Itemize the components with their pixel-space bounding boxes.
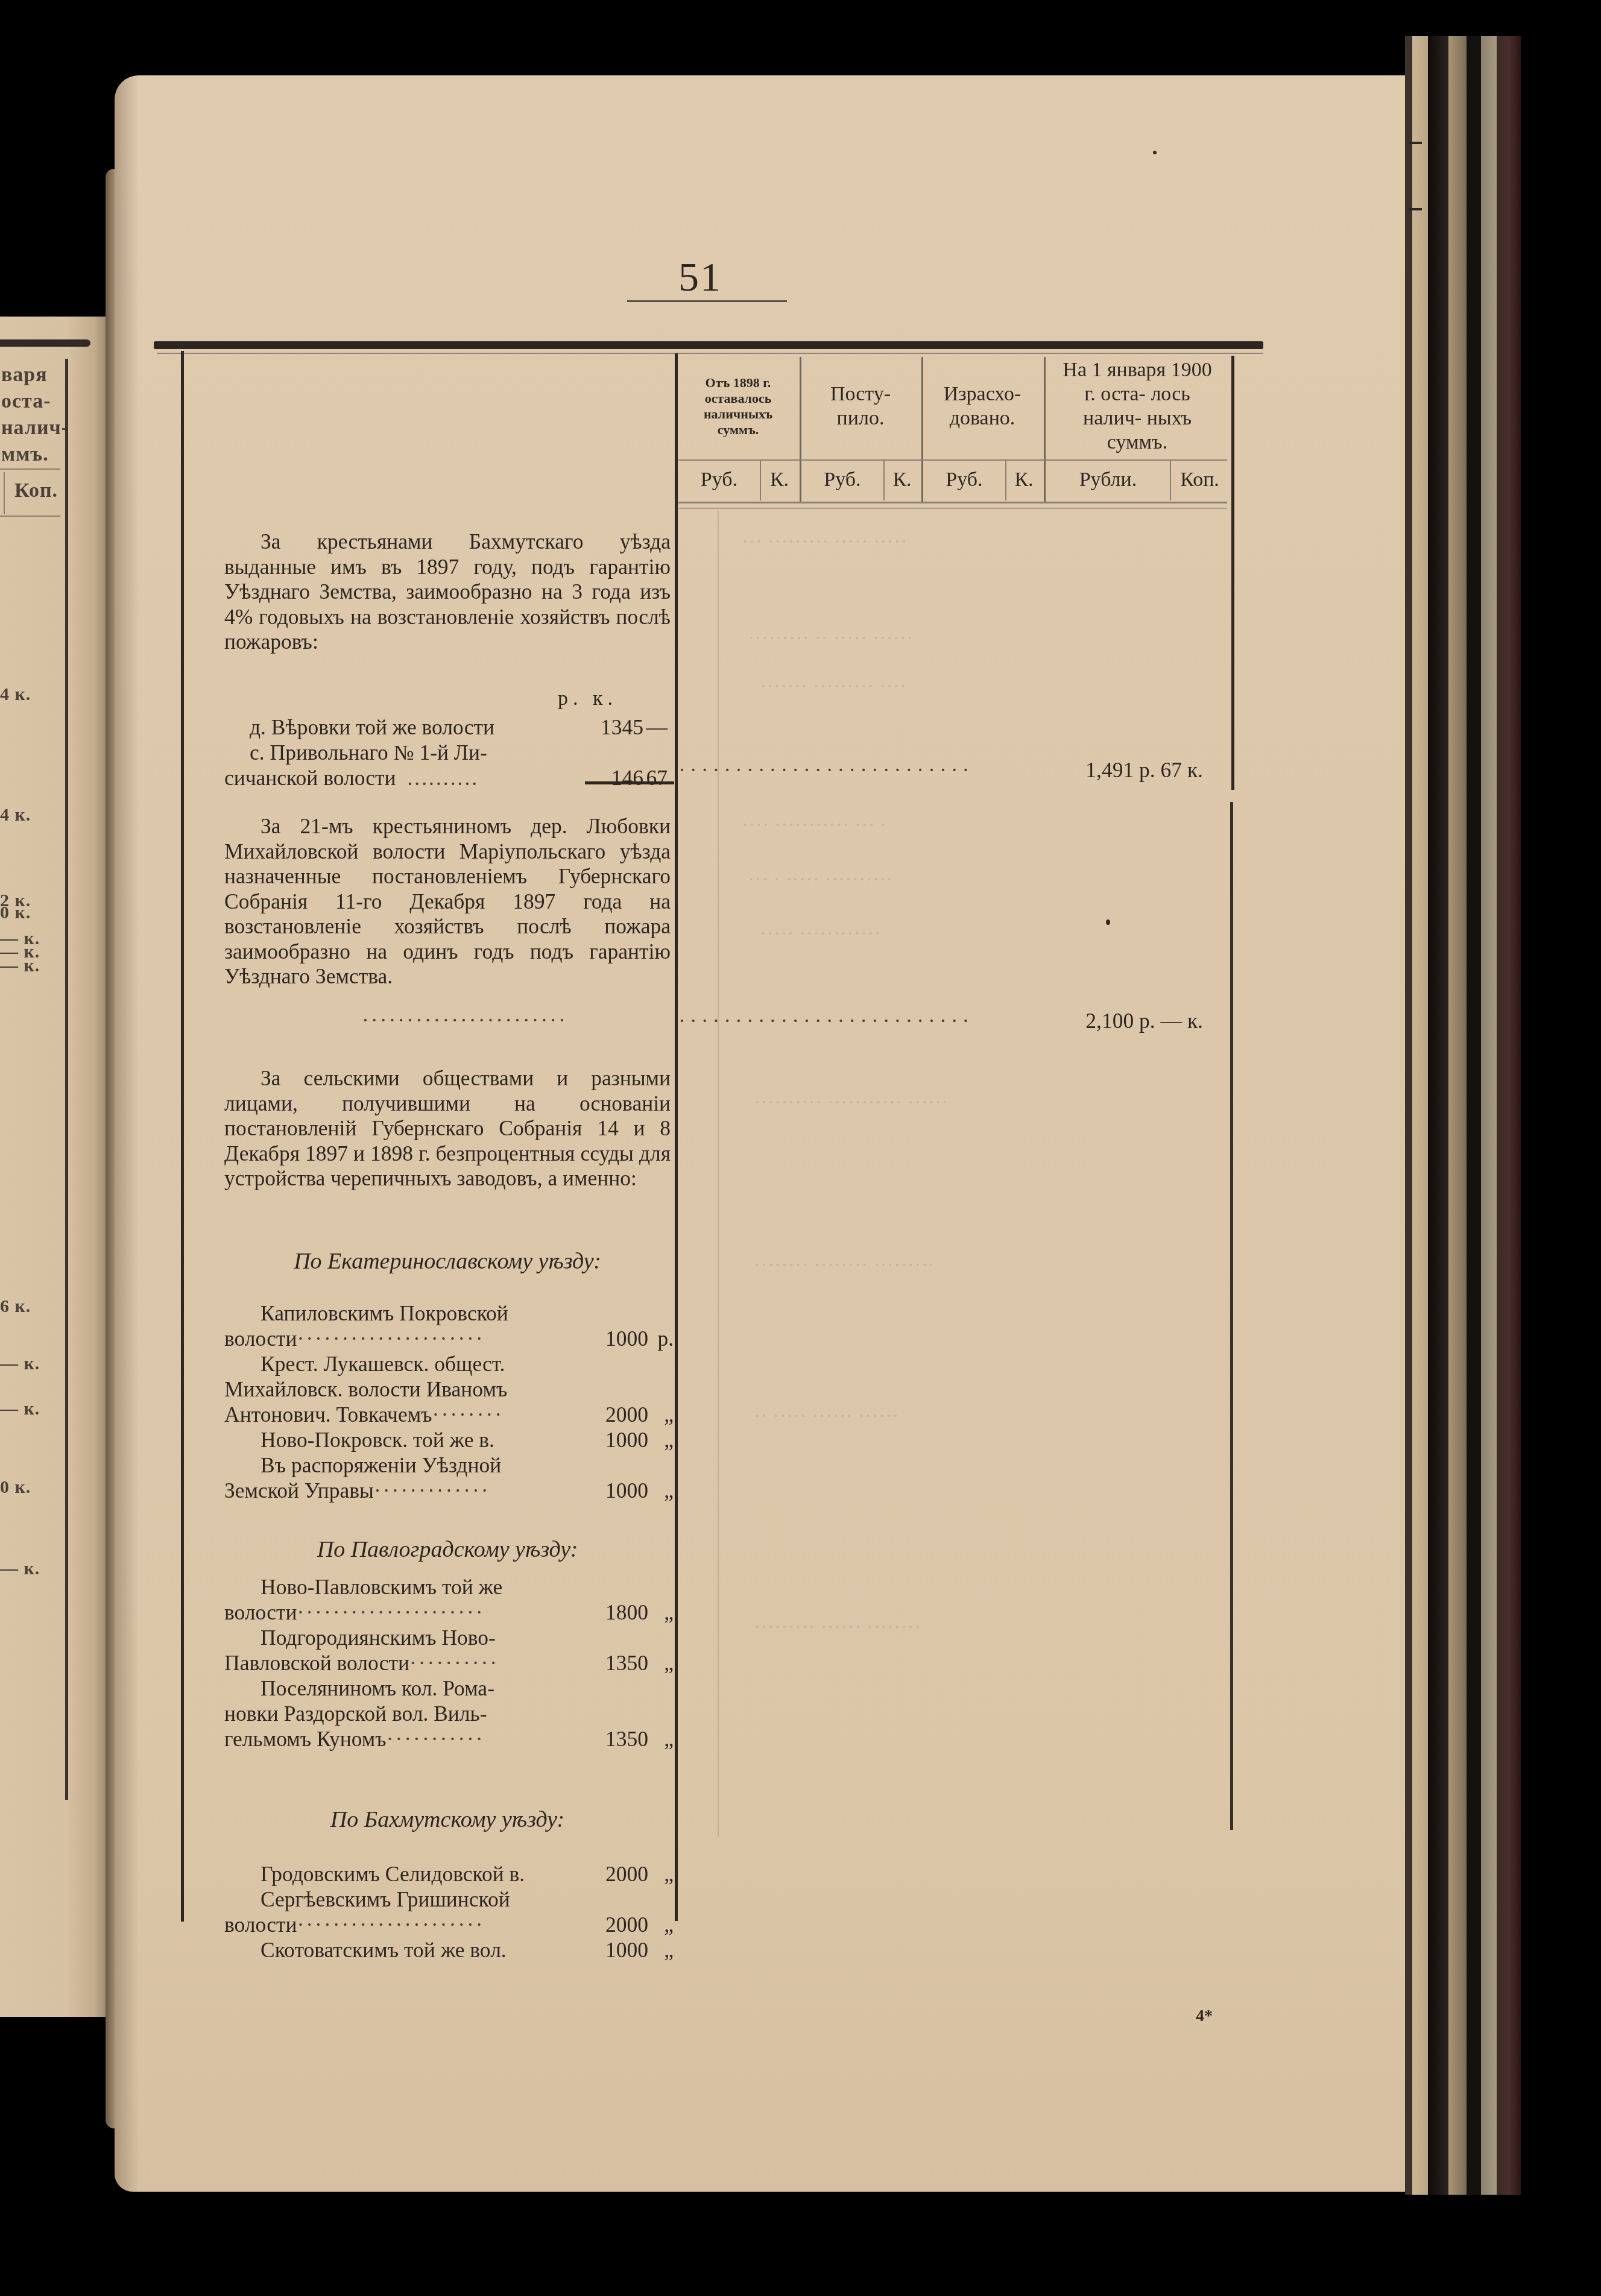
entry-label: Подгородиянскимъ Ново- (224, 1626, 496, 1650)
entry-amount: 1350 (605, 1727, 648, 1752)
entry-label: Поселяниномъ кол. Рома- (224, 1676, 494, 1700)
bleed-through-text: ········· ·· ····· ······ (748, 627, 914, 650)
entry-line: новки Раздорской вол. Виль- (224, 1701, 674, 1727)
edge-tick (1409, 208, 1422, 210)
previous-page-fragment: варя оста- налич- ммъ. Коп. 4 к. 4 к. 2 … (0, 317, 112, 2017)
bleed-through-text: ··· ········· ····· ····· (742, 531, 908, 553)
entry-line: Поселяниномъ кол. Рома- (224, 1676, 674, 1701)
section-3-paragraph: За сельскими обществами и разными лицами… (224, 1066, 671, 1191)
previous-page-value: 4 к. (0, 805, 31, 825)
previous-page-rule (0, 516, 60, 517)
faint-column-line (718, 510, 719, 1837)
column-header-spent: Израсхо- довано. Руб. К. (923, 356, 1041, 500)
section-2-text: За 21-мъ крестьяниномъ дер. Любовки Миха… (224, 814, 671, 988)
sum-underline (585, 781, 674, 784)
previous-page-rule (0, 468, 60, 470)
entry-unit: „ (664, 1862, 674, 1887)
entry-label: сичанской волости (224, 766, 396, 790)
previous-page-value: 6 к. (0, 1296, 31, 1317)
entry-privolnoe: сичанской волости .......... 146 67 (224, 766, 674, 791)
entry-line: волости····················· 1000 р. (224, 1326, 674, 1352)
book-edge (1428, 36, 1448, 2195)
column-sub-rubles: Рубли. (1046, 459, 1170, 500)
entry-rub: 1345 (601, 715, 643, 740)
entry-unit: „ (664, 1938, 674, 1963)
previous-page-border (65, 359, 68, 1800)
entry-kop: 67 (646, 766, 668, 791)
table-header: Отъ 1898 г. оставалось наличныхъ суммъ. … (678, 356, 1228, 500)
previous-page-header-line: ммъ. (1, 443, 49, 466)
entry-line: Гродовскимъ Селидовской в. 2000 „ (224, 1862, 674, 1887)
entry-line: Сергѣевскимъ Гришинской (224, 1887, 674, 1913)
column-header-balance-1900: На 1 января 1900 г. оста- лось налич- ны… (1046, 356, 1228, 500)
book-edge (1481, 36, 1497, 2195)
entry-label: Михайловск. волости Иваномъ (224, 1377, 507, 1401)
column-divider (1044, 357, 1046, 502)
previous-page-value: 0 к. (0, 1477, 31, 1498)
column-sub-rub: Руб. (801, 459, 883, 500)
entry-privolnoe-line1: с. Привольнаго № 1-й Ли- (224, 740, 674, 766)
column-sub-kop: К. (883, 459, 920, 500)
total-value: 1,491 р. 67 к. (1085, 757, 1203, 783)
entry-line: Михайловск. волости Иваномъ (224, 1377, 674, 1402)
entry-label: новки Раздорской вол. Виль- (224, 1701, 487, 1726)
dot-leader: ·························· (678, 1008, 973, 1033)
section-2-paragraph: За 21-мъ крестьяниномъ дер. Любовки Миха… (224, 814, 671, 989)
entry-rub: 146 (611, 766, 643, 791)
table-top-rule (154, 341, 1263, 349)
entry-amount: 1800 (605, 1600, 648, 1626)
entry-line: Въ распоряженіи Уѣздной (224, 1453, 674, 1478)
entry-label: Павловской волости (224, 1651, 409, 1675)
column-header-received: Посту- пило. Руб. К. (801, 356, 920, 500)
entry-amount: 2000 (605, 1913, 648, 1938)
table-text-column-border (675, 353, 678, 1921)
previous-page-value: — к. (0, 1354, 40, 1374)
entry-label: Гродовскимъ Селидовской в. (224, 1862, 525, 1886)
bleed-through-text: ········ ········ ········· (754, 1254, 935, 1277)
entry-label: с. Привольнаго № 1-й Ли- (224, 740, 487, 765)
edge-tick (1409, 142, 1422, 144)
column-sub-rub: Руб. (923, 459, 1005, 500)
entry-line: Павловской волости·········· 1350 „ (224, 1651, 674, 1676)
column-header-title: Отъ 1898 г. оставалось наличныхъ суммъ. (678, 356, 798, 457)
bleed-through-text: ·········· ··········· ······ (754, 1091, 949, 1114)
entry-amount: 1000 (605, 1326, 648, 1352)
book-edge (1405, 36, 1412, 2195)
signature-mark: 4* (1196, 2007, 1213, 2026)
entry-line: волости····················· 2000 „ (224, 1913, 674, 1938)
entry-unit: „ (664, 1402, 674, 1428)
dot-leader: ········ (432, 1402, 504, 1427)
previous-page-value: — к. (0, 1559, 40, 1579)
entry-line: Подгородиянскимъ Ново- (224, 1626, 674, 1651)
entry-amount: 1000 (605, 1428, 648, 1453)
previous-page-col-sep (4, 472, 5, 514)
dot-leader: ······················· (362, 1008, 567, 1032)
entry-kop: — (646, 715, 668, 740)
dot-leader: ····················· (297, 1326, 484, 1351)
entry-label: волости (224, 1913, 297, 1937)
previous-page-header-line: варя (1, 364, 48, 386)
page-number-rule (627, 300, 787, 302)
entry-line: гельмомъ Куномъ··········· 1350 „ (224, 1727, 674, 1752)
entry-line: Скотоватскимъ той же вол. 1000 „ (224, 1938, 674, 1963)
entry-label: Сергѣевскимъ Гришинской (224, 1887, 510, 1911)
bleed-through-text: ········· ······ ········ (754, 1616, 921, 1639)
entry-line: Ново-Павловскимъ той же (224, 1575, 674, 1600)
column-header-title: На 1 января 1900 г. оста- лось налич- ны… (1046, 356, 1228, 457)
entry-line: Земской Управы············· 1000 „ (224, 1478, 674, 1504)
entry-label: Въ распоряженіи Уѣздной (224, 1453, 501, 1477)
page-curve-shadow (115, 75, 139, 2192)
column-sub-kop: К. (760, 459, 798, 500)
column-sub-rub: Руб. (678, 459, 760, 500)
dot-leader: ·························· (678, 757, 973, 783)
paper-speck (1106, 919, 1110, 925)
header-bottom-rule (678, 502, 1227, 503)
section-1-paragraph: За крестьянами Бахмутскаго уѣзда выданны… (224, 529, 671, 655)
header-bottom-rule (678, 508, 1227, 509)
total-value: 2,100 р. — к. (1085, 1008, 1203, 1033)
entry-unit: „ (664, 1651, 674, 1676)
entry-line: Крест. Лукашевск. общест. (224, 1352, 674, 1377)
bleed-through-text: ··· · ····· ·········· (748, 868, 893, 891)
district-heading-bakhmut: По Бахмутскому уѣзду: (224, 1806, 671, 1833)
rub-kop-header: р. к. (558, 687, 617, 710)
previous-page-value: 0 к. (0, 903, 31, 923)
book-edge (1448, 36, 1467, 2195)
header-row-divider (678, 459, 1227, 461)
bleed-through-text: ·· ····· ······ ······ (754, 1405, 899, 1428)
entry-amount: 1350 (605, 1651, 648, 1676)
entry-label: Ново-Покровск. той же в. (224, 1428, 494, 1452)
paper-speck (1153, 151, 1157, 154)
column-sub-kop: К. (1005, 459, 1041, 500)
previous-page-value: — к. (0, 956, 40, 976)
entry-label: волости (224, 1326, 297, 1351)
dot-leader: ····················· (297, 1913, 484, 1937)
book-cover-edge (1497, 36, 1521, 2195)
column-divider (921, 357, 923, 502)
entry-line: Ново-Покровск. той же в. 1000 „ (224, 1428, 674, 1453)
section-1-text: За крестьянами Бахмутскаго уѣзда выданны… (224, 529, 671, 654)
entry-label: волости (224, 1600, 297, 1624)
section-3-text: За сельскими обществами и разными лицами… (224, 1066, 671, 1190)
book-edge (1412, 36, 1428, 2195)
entry-unit: „ (664, 1428, 674, 1453)
previous-page-header-line: налич- (1, 417, 69, 440)
entry-label: Антонович. Товкачемъ (224, 1402, 432, 1427)
previous-page-value: 4 к. (0, 684, 31, 705)
entry-label: гельмомъ Куномъ (224, 1727, 387, 1751)
dot-leader: ····················· (297, 1600, 484, 1624)
entry-amount: 1000 (605, 1938, 648, 1963)
entry-unit: „ (664, 1478, 674, 1504)
table-right-border (1231, 356, 1234, 790)
entry-unit: „ (664, 1600, 674, 1626)
bleed-through-text: ····· ············ (760, 922, 881, 945)
entry-label: Земской Управы (224, 1478, 374, 1503)
table-right-border (1230, 802, 1233, 1830)
bleed-through-text: ···· ··········· ··· · (742, 814, 887, 837)
entry-verovka: д. Вѣровки той же волости 1345 — (224, 715, 674, 740)
entry-unit: р. (657, 1326, 674, 1352)
entry-amount: 1000 (605, 1478, 648, 1504)
entry-amount: 2000 (605, 1402, 648, 1428)
previous-page-top-rule (0, 339, 90, 347)
section-2-leader: ······················· (362, 1008, 669, 1033)
book-edge (1467, 36, 1481, 2195)
page-number: 51 (678, 253, 722, 301)
entry-label: Ново-Павловскимъ той же (224, 1575, 502, 1599)
entry-line: Антонович. Товкачемъ········ 2000 „ (224, 1402, 674, 1428)
entry-label: Капиловскимъ Покровской (224, 1301, 508, 1325)
district-heading-ekaterinoslav: По Екатеринославскому уѣзду: (224, 1248, 671, 1275)
previous-page-header-sub: Коп. (14, 479, 58, 502)
entry-amount: 2000 (605, 1862, 648, 1887)
dot-leader: ··········· (387, 1727, 485, 1751)
column-header-balance-1898: Отъ 1898 г. оставалось наличныхъ суммъ. … (678, 356, 798, 500)
bleed-through-text: ······· ········· ···· (760, 675, 906, 698)
entry-line: Капиловскимъ Покровской (224, 1301, 674, 1326)
entry-unit: „ (664, 1913, 674, 1938)
dot-leader: .......... (407, 766, 479, 790)
entry-label: Скотоватскимъ той же вол. (224, 1938, 507, 1962)
column-sub-kopecks: Коп. (1170, 459, 1228, 500)
table-top-rule-thin (157, 353, 1263, 354)
previous-page-value: — к. (0, 1399, 40, 1419)
column-header-title: Израсхо- довано. (923, 356, 1041, 457)
table-left-border (181, 351, 184, 1922)
dot-leader: ·········· (409, 1651, 499, 1675)
district-heading-pavlograd: По Павлоградскому уѣзду: (224, 1536, 671, 1563)
column-header-title: Посту- пило. (801, 356, 920, 457)
entry-line: волости····················· 1800 „ (224, 1600, 674, 1626)
column-divider (800, 357, 801, 502)
entry-label: д. Вѣровки той же волости (224, 715, 494, 739)
entry-label: Крест. Лукашевск. общест. (224, 1352, 505, 1376)
dot-leader: ············· (374, 1478, 490, 1503)
entry-unit: „ (664, 1727, 674, 1752)
previous-page-header-line: оста- (1, 390, 51, 413)
